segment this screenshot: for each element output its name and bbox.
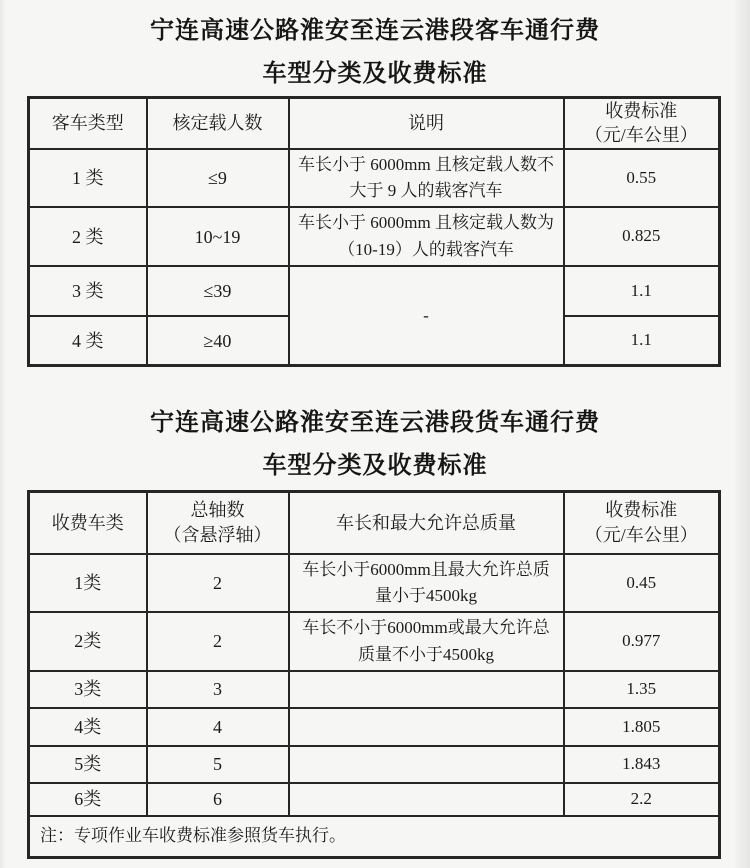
cell-description: 车长小于6000mm且最大允许总质量小于4500kg [289, 554, 564, 613]
cell-rate: 1.805 [564, 708, 720, 746]
cell-description-merged: - [289, 266, 564, 366]
cell-seat-capacity: ≥40 [147, 316, 289, 366]
cell-rate: 1.35 [564, 671, 720, 708]
header-rate-line1: 收费标准 [565, 99, 719, 123]
truck-title-line2: 车型分类及收费标准 [0, 445, 750, 488]
table-row: 2类 2 车长不小于6000mm或最大允许总质量不小于4500kg 0.977 [29, 612, 720, 671]
cell-rate: 1.1 [564, 266, 720, 316]
cell-vehicle-type: 3 类 [29, 266, 147, 316]
passenger-title-line2: 车型分类及收费标准 [0, 53, 750, 96]
table-row: 1类 2 车长小于6000mm且最大允许总质量小于4500kg 0.45 [29, 554, 720, 613]
cell-toll-class: 3类 [29, 671, 147, 708]
header-rate: 收费标准 （元/车公里） [564, 98, 720, 149]
header-axle-line2: （含悬浮轴） [148, 523, 288, 547]
header-description: 说明 [289, 98, 564, 149]
table-row: 1 类 ≤9 车长小于 6000mm 且核定载人数不大于 9 人的载客汽车 0.… [29, 149, 720, 208]
cell-description: 车长不小于6000mm或最大允许总质量不小于4500kg [289, 612, 564, 671]
cell-seat-capacity: 10~19 [147, 207, 289, 266]
cell-axle-count: 2 [147, 554, 289, 613]
cell-axle-count: 4 [147, 708, 289, 746]
passenger-header-row: 客车类型 核定载人数 说明 收费标准 （元/车公里） [29, 98, 720, 149]
header-axle-count: 总轴数 （含悬浮轴） [147, 492, 289, 554]
table-row: 2 类 10~19 车长小于 6000mm 且核定载人数为（10-19）人的载客… [29, 207, 720, 266]
cell-axle-count: 5 [147, 746, 289, 783]
passenger-toll-table: 客车类型 核定载人数 说明 收费标准 （元/车公里） 1 类 ≤9 车长小于 6… [27, 96, 721, 367]
header-rate-line2: （元/车公里） [565, 523, 719, 547]
table-row: 3 类 ≤39 - 1.1 [29, 266, 720, 316]
table-footnote: 注：专项作业车收费标准参照货车执行。 [29, 816, 720, 858]
cell-rate: 0.825 [564, 207, 720, 266]
cell-toll-class: 6类 [29, 783, 147, 816]
table-row: 5类 5 1.843 [29, 746, 720, 783]
truck-header-row: 收费车类 总轴数 （含悬浮轴） 车长和最大允许总质量 收费标准 （元/车公里） [29, 492, 720, 554]
cell-rate: 0.55 [564, 149, 720, 208]
header-seat-capacity: 核定载人数 [147, 98, 289, 149]
cell-axle-count: 3 [147, 671, 289, 708]
truck-title-line1: 宁连高速公路淮安至连云港段货车通行费 [0, 402, 750, 445]
table-row: 4类 4 1.805 [29, 708, 720, 746]
cell-rate: 0.977 [564, 612, 720, 671]
cell-seat-capacity: ≤9 [147, 149, 289, 208]
cell-description [289, 783, 564, 816]
cell-axle-count: 6 [147, 783, 289, 816]
header-rate: 收费标准 （元/车公里） [564, 492, 720, 554]
cell-seat-capacity: ≤39 [147, 266, 289, 316]
truck-toll-table: 收费车类 总轴数 （含悬浮轴） 车长和最大允许总质量 收费标准 （元/车公里） … [27, 490, 721, 859]
cell-rate: 0.45 [564, 554, 720, 613]
cell-description [289, 746, 564, 783]
cell-axle-count: 2 [147, 612, 289, 671]
table-row: 3类 3 1.35 [29, 671, 720, 708]
truck-section-title: 宁连高速公路淮安至连云港段货车通行费 车型分类及收费标准 [0, 402, 750, 488]
cell-description: 车长小于 6000mm 且核定载人数为（10-19）人的载客汽车 [289, 207, 564, 266]
table-note-row: 注：专项作业车收费标准参照货车执行。 [29, 816, 720, 858]
cell-toll-class: 1类 [29, 554, 147, 613]
cell-toll-class: 4类 [29, 708, 147, 746]
header-axle-line1: 总轴数 [148, 498, 288, 522]
header-rate-line1: 收费标准 [565, 498, 719, 522]
cell-rate: 2.2 [564, 783, 720, 816]
cell-description: 车长小于 6000mm 且核定载人数不大于 9 人的载客汽车 [289, 149, 564, 208]
cell-description [289, 671, 564, 708]
cell-vehicle-type: 1 类 [29, 149, 147, 208]
cell-vehicle-type: 4 类 [29, 316, 147, 366]
cell-vehicle-type: 2 类 [29, 207, 147, 266]
header-vehicle-type: 客车类型 [29, 98, 147, 149]
header-toll-class: 收费车类 [29, 492, 147, 554]
header-length-mass: 车长和最大允许总质量 [289, 492, 564, 554]
cell-rate: 1.843 [564, 746, 720, 783]
cell-toll-class: 5类 [29, 746, 147, 783]
cell-description [289, 708, 564, 746]
cell-rate: 1.1 [564, 316, 720, 366]
passenger-section-title: 宁连高速公路淮安至连云港段客车通行费 车型分类及收费标准 [0, 10, 750, 96]
cell-toll-class: 2类 [29, 612, 147, 671]
table-row: 6类 6 2.2 [29, 783, 720, 816]
header-rate-line2: （元/车公里） [565, 123, 719, 147]
passenger-title-line1: 宁连高速公路淮安至连云港段客车通行费 [0, 10, 750, 53]
